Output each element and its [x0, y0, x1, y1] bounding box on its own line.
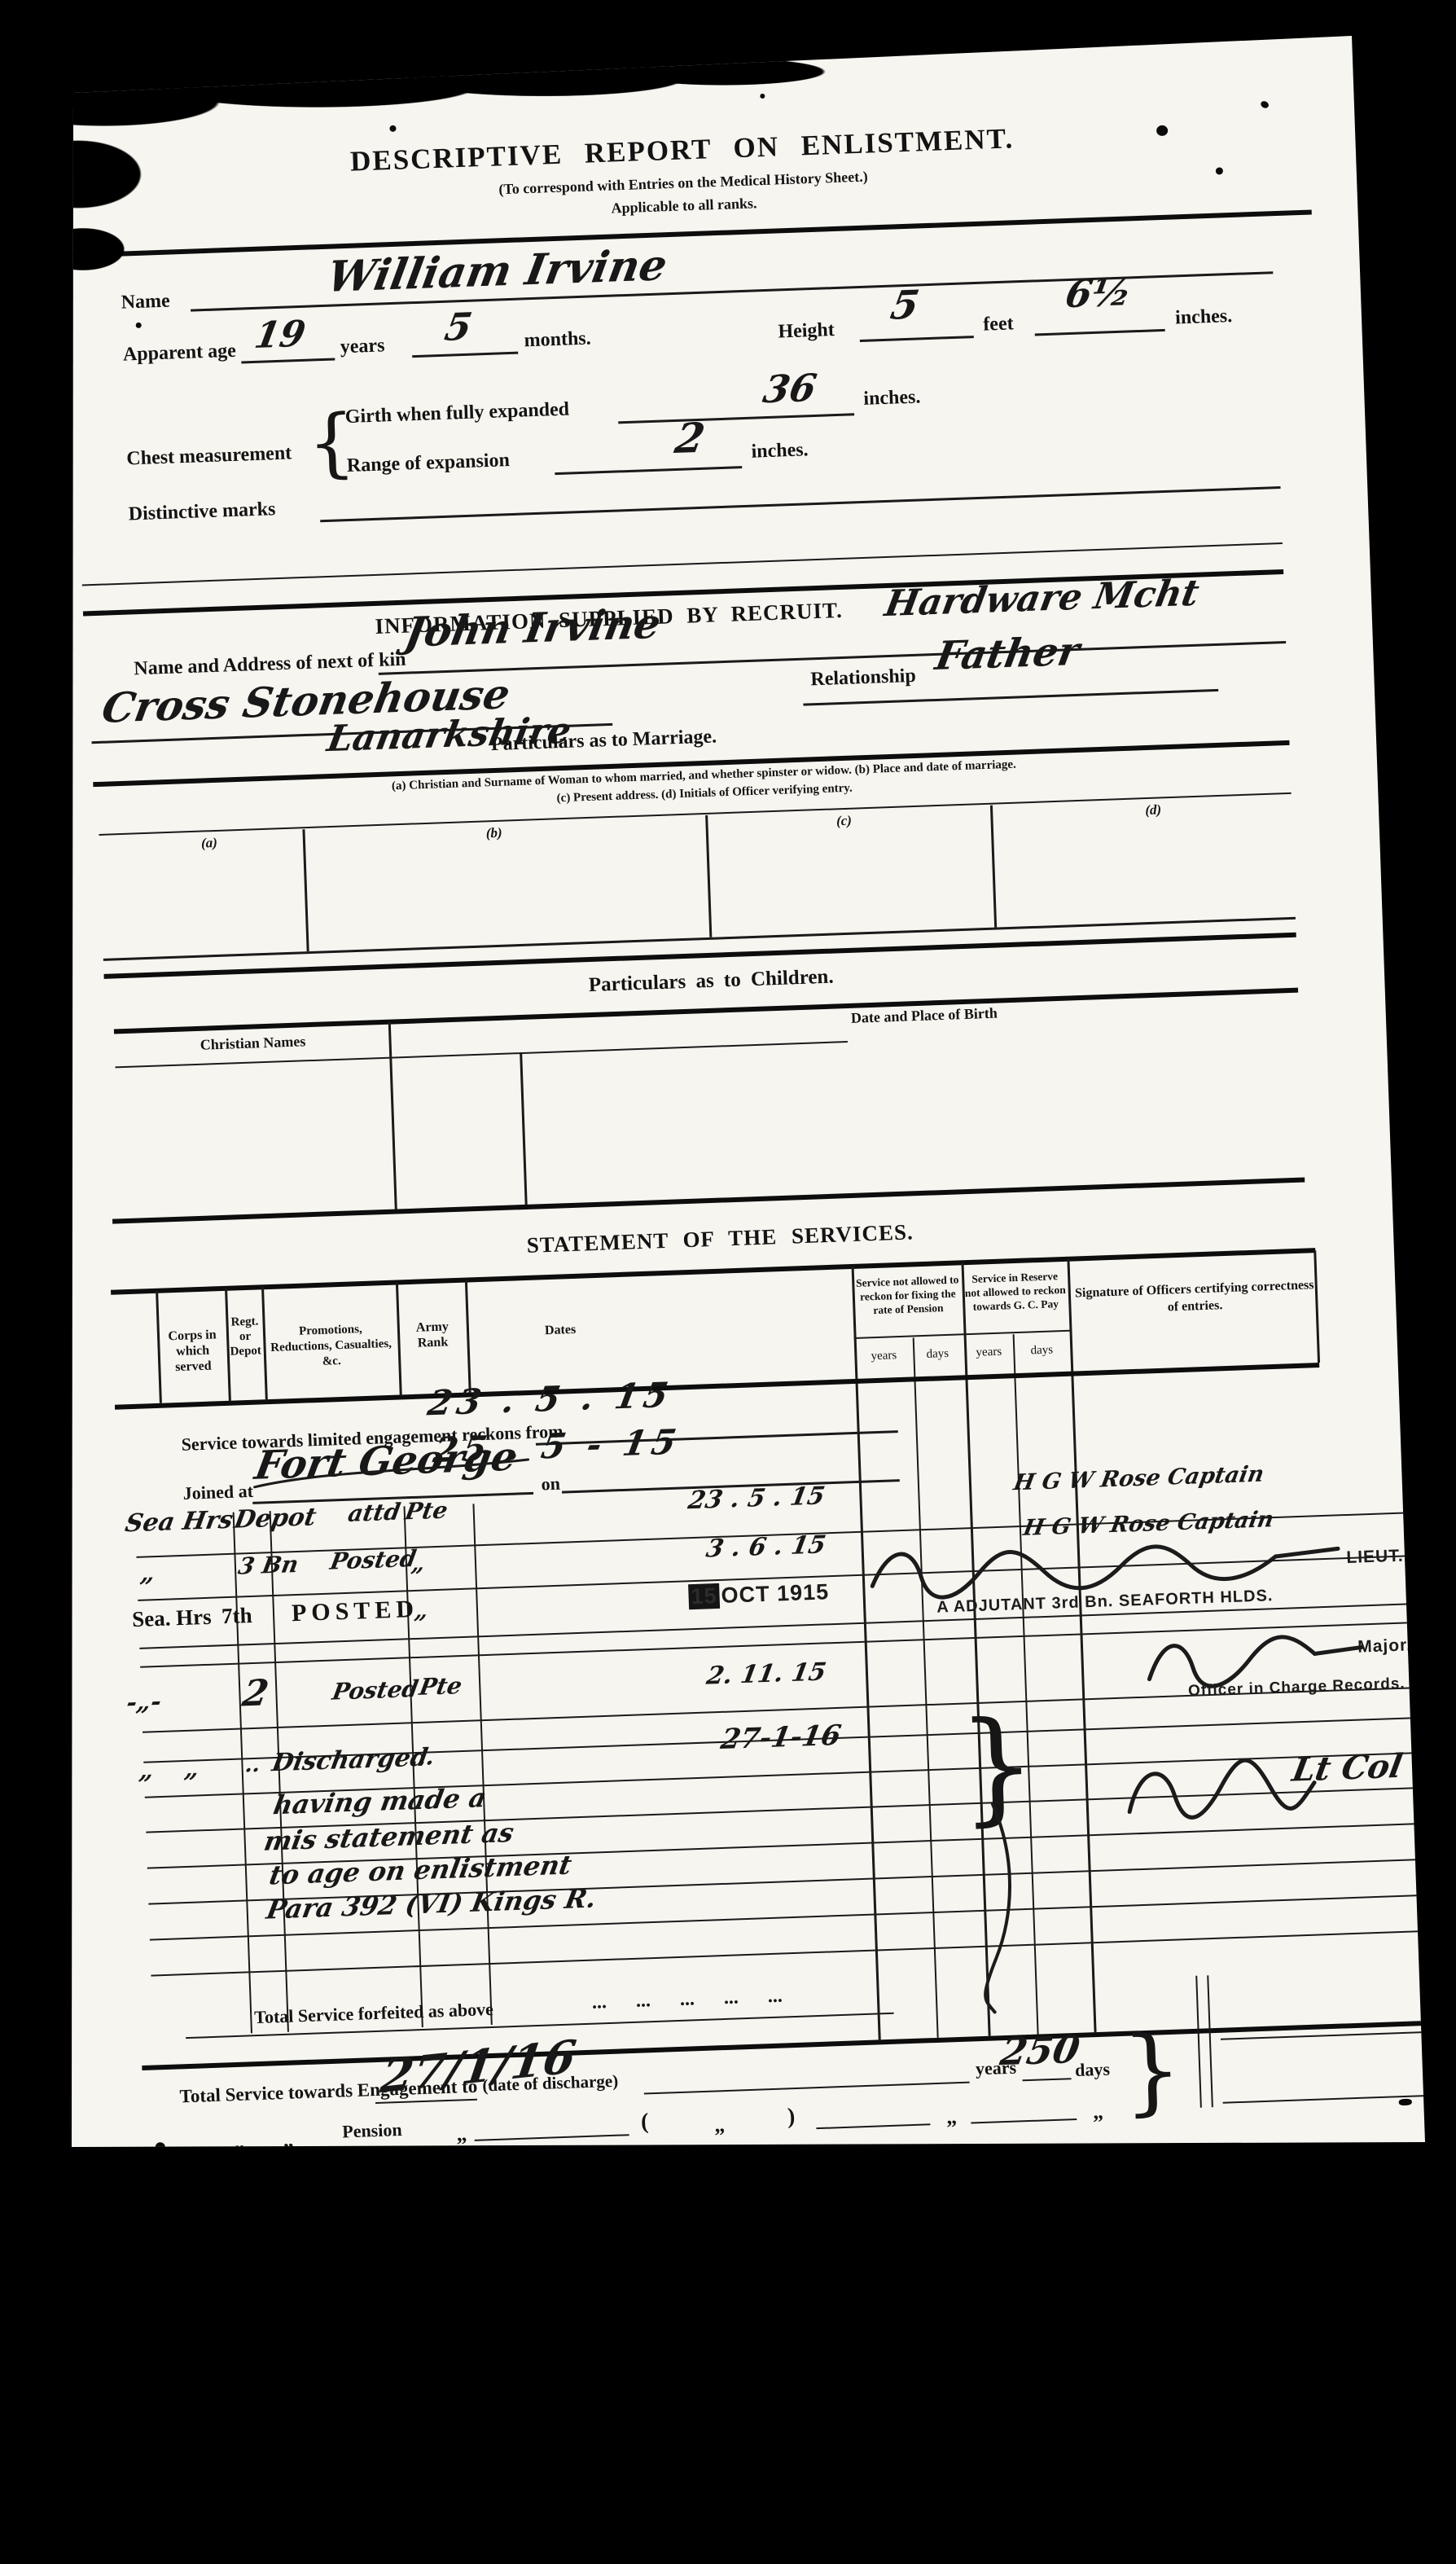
signature-scrawls — [35, 12, 1456, 2170]
major-signature-scrawl — [1148, 1634, 1363, 1688]
fort-george-flourish — [254, 1460, 529, 1487]
document-paper: DESCRIPTIVE REPORT ON ENLISTMENT. (To co… — [72, 36, 1440, 2147]
discharge-brace-tail — [979, 1803, 1015, 2013]
ink-speck — [1399, 2099, 1412, 2106]
ltcol-signature-scrawl — [1128, 1758, 1315, 1820]
lieutenant-signature-scrawl — [871, 1539, 1340, 1600]
document-content: DESCRIPTIVE REPORT ON ENLISTMENT. (To co… — [35, 12, 1456, 2170]
ink-speck — [156, 2142, 165, 2151]
scanned-enlistment-document: { "meta": {"background": "#000000", "pap… — [0, 0, 1456, 2564]
